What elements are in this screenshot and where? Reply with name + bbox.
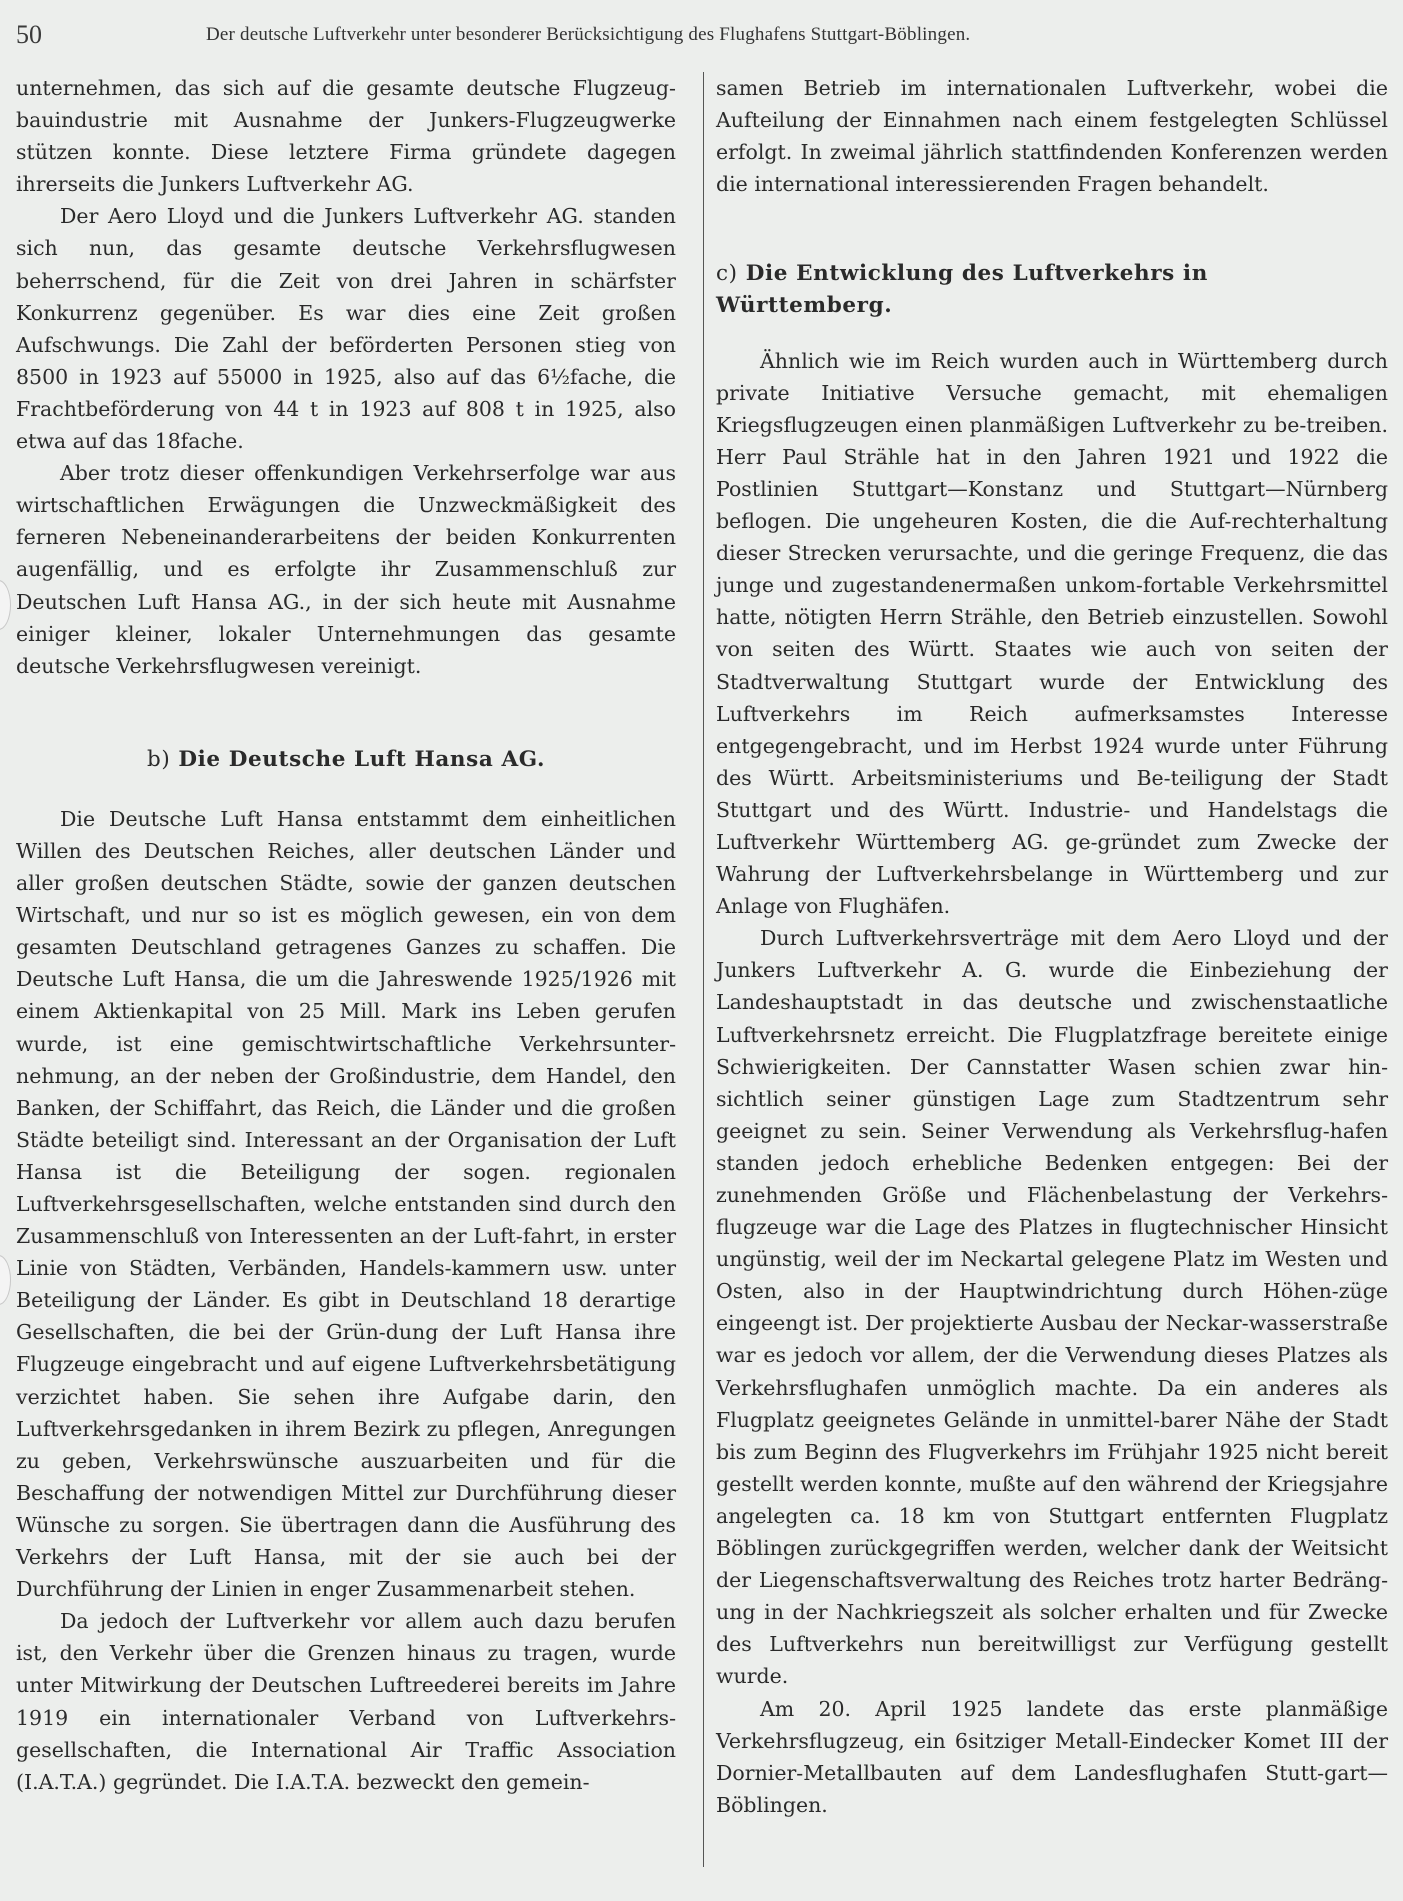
column-divider [703, 72, 704, 1867]
section-title: Die Entwicklung des Luftverkehrs in Würt… [716, 261, 1208, 318]
section-heading-b: b) Die Deutsche Luft Hansa AG. [16, 744, 676, 776]
paragraph: Die Deutsche Luft Hansa entstammt dem ei… [16, 803, 676, 1605]
paragraph: Der Aero Lloyd und die Junkers Luftverke… [16, 200, 676, 457]
right-column: samen Betrieb im internationalen Luftver… [716, 72, 1388, 1821]
page-header: 50 Der deutsche Luftverkehr unter besond… [16, 20, 1383, 56]
section-label: c) [716, 261, 738, 286]
paragraph: Durch Luftverkehrsverträge mit dem Aero … [716, 922, 1388, 1692]
paragraph: unternehmen, das sich auf die gesamte de… [16, 72, 676, 200]
section-title: Die Deutsche Luft Hansa AG. [178, 747, 545, 772]
binding-punch-hole [0, 1255, 11, 1305]
left-column: unternehmen, das sich auf die gesamte de… [16, 72, 676, 1798]
paragraph: samen Betrieb im internationalen Luftver… [716, 72, 1388, 200]
paragraph: Am 20. April 1925 landete das erste plan… [716, 1693, 1388, 1821]
page-number: 50 [16, 20, 42, 50]
running-title: Der deutsche Luftverkehr unter besondere… [206, 24, 970, 46]
two-column-body: unternehmen, das sich auf die gesamte de… [16, 72, 1391, 1852]
section-label: b) [147, 747, 170, 772]
section-heading-c: c) Die Entwicklung des Luftverkehrs in W… [716, 258, 1388, 322]
paragraph: Da jedoch der Luftverkehr vor allem auch… [16, 1605, 676, 1798]
binding-punch-hole [0, 580, 11, 630]
paragraph: Ähnlich wie im Reich wurden auch in Würt… [716, 345, 1388, 923]
paragraph: Aber trotz dieser offenkundigen Verkehrs… [16, 457, 676, 682]
